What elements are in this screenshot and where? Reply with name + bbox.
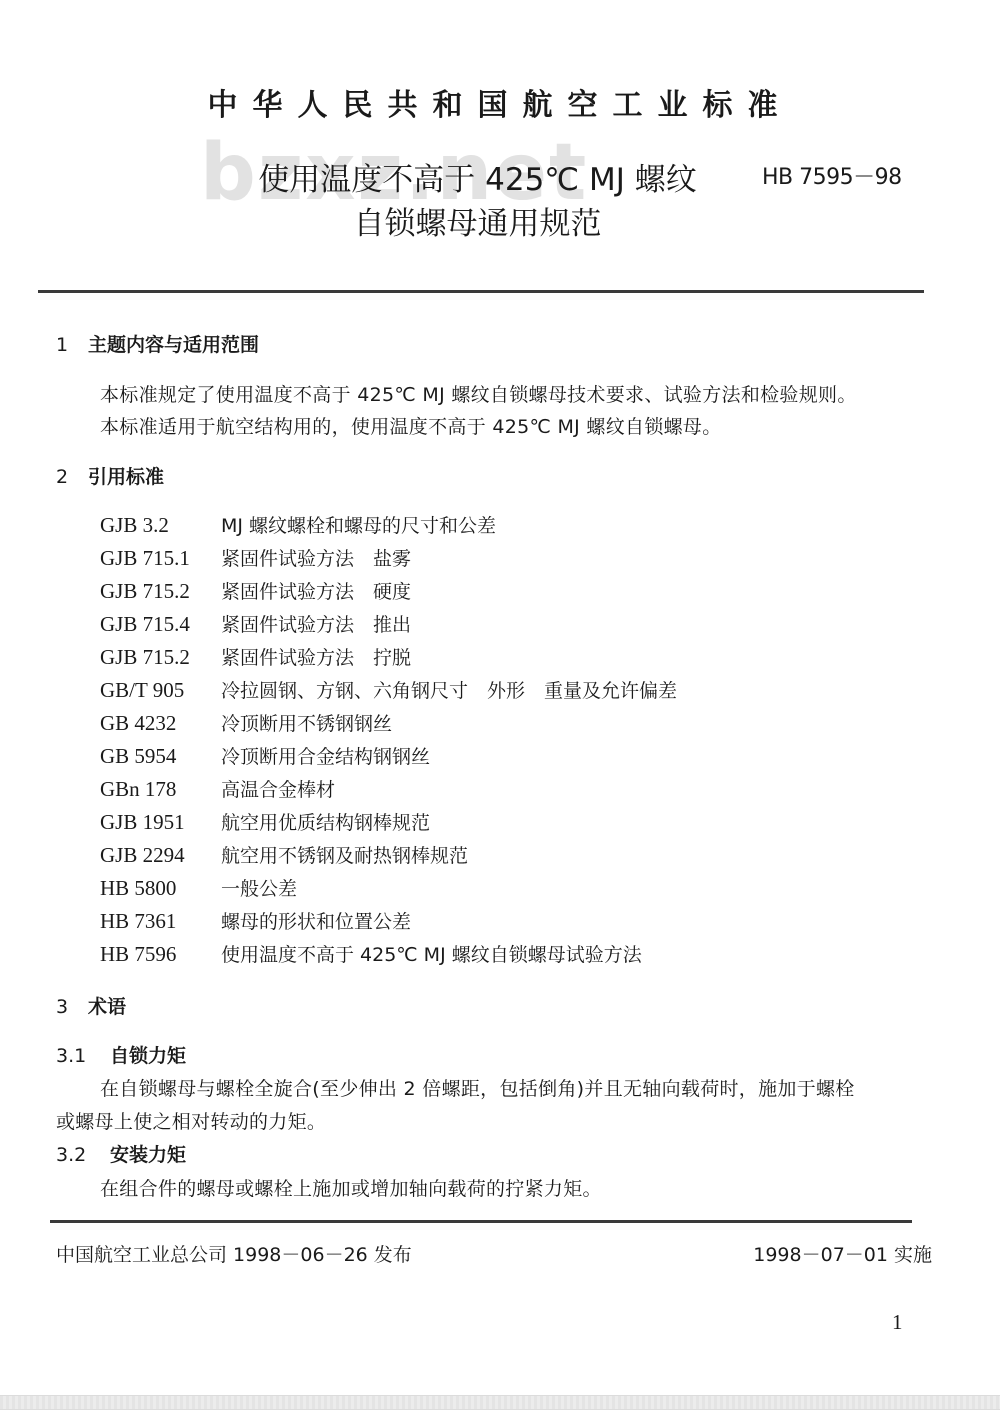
reference-name: 螺母的形状和位置公差: [221, 911, 411, 933]
subsection-3-1-text: 或螺母上使之相对转动的力矩。: [56, 1107, 326, 1134]
reference-code: GJB 715.4: [100, 612, 221, 637]
subsection-3-1-heading: 3.1自锁力矩: [56, 1041, 186, 1068]
reference-row: HB 7361螺母的形状和位置公差: [100, 907, 411, 934]
effective-date: 1998－07－01 实施: [753, 1240, 932, 1267]
section-title: 术语: [88, 996, 126, 1018]
reference-name: 紧固件试验方法 盐雾: [221, 548, 411, 570]
reference-row: GJB 3.2MJ 螺纹螺栓和螺母的尺寸和公差: [100, 511, 496, 538]
doc-title-line2: 自锁螺母通用规范: [0, 198, 955, 243]
reference-row: HB 7596使用温度不高于 425℃ MJ 螺纹自锁螺母试验方法: [100, 940, 642, 967]
reference-name: 航空用不锈钢及耐热钢棒规范: [221, 845, 468, 867]
reference-code: HB 7596: [100, 942, 221, 967]
reference-row: GJB 2294航空用不锈钢及耐热钢棒规范: [100, 841, 468, 868]
reference-row: GJB 715.2紧固件试验方法 拧脱: [100, 643, 411, 670]
reference-code: GJB 3.2: [100, 513, 221, 538]
reference-row: GB 4232冷顶断用不锈钢钢丝: [100, 709, 392, 736]
reference-name: 冷顶断用不锈钢钢丝: [221, 713, 392, 735]
reference-code: GJB 715.2: [100, 579, 221, 604]
subsection-title: 安装力矩: [110, 1144, 186, 1166]
section-3-heading: 3术语: [56, 992, 126, 1019]
issue-info: 中国航空工业总公司 1998－06－26 发布: [56, 1240, 412, 1267]
subsection-3-2-heading: 3.2安装力矩: [56, 1140, 186, 1167]
reference-code: HB 5800: [100, 876, 221, 901]
section-number: 2: [56, 466, 88, 488]
reference-code: GJB 715.1: [100, 546, 221, 571]
reference-code: GJB 715.2: [100, 645, 221, 670]
subsection-number: 3.1: [56, 1045, 110, 1067]
reference-code: GJB 2294: [100, 843, 221, 868]
reference-name: 冷拉圆钢、方钢、六角钢尺寸 外形 重量及允许偏差: [221, 680, 677, 702]
reference-name: 高温合金棒材: [221, 779, 335, 801]
section-1-heading: 1主题内容与适用范围: [56, 330, 259, 357]
reference-code: GBn 178: [100, 777, 221, 802]
footer-divider: [50, 1220, 912, 1223]
reference-code: GB/T 905: [100, 678, 221, 703]
reference-row: GJB 1951航空用优质结构钢棒规范: [100, 808, 430, 835]
reference-name: 冷顶断用合金结构钢钢丝: [221, 746, 430, 768]
section-number: 1: [56, 334, 88, 356]
reference-row: GJB 715.2紧固件试验方法 硬度: [100, 577, 411, 604]
viewer-scrollbar[interactable]: [0, 1395, 1000, 1410]
section-number: 3: [56, 996, 88, 1018]
page-number: 1: [892, 1310, 903, 1335]
header-divider: [38, 290, 924, 293]
section-1-paragraph: 本标准适用于航空结构用的，使用温度不高于 425℃ MJ 螺纹自锁螺母。: [100, 412, 722, 439]
reference-name: 航空用优质结构钢棒规范: [221, 812, 430, 834]
reference-code: GB 5954: [100, 744, 221, 769]
org-title: 中华人民共和国航空工业标准: [0, 80, 1000, 124]
subsection-number: 3.2: [56, 1144, 110, 1166]
reference-name: 紧固件试验方法 拧脱: [221, 647, 411, 669]
reference-code: GJB 1951: [100, 810, 221, 835]
reference-name: 紧固件试验方法 推出: [221, 614, 411, 636]
section-1-paragraph: 本标准规定了使用温度不高于 425℃ MJ 螺纹自锁螺母技术要求、试验方法和检验…: [100, 380, 857, 407]
subsection-3-2-text: 在组合件的螺母或螺栓上施加或增加轴向载荷的拧紧力矩。: [100, 1174, 602, 1201]
reference-row: HB 5800一般公差: [100, 874, 297, 901]
reference-code: HB 7361: [100, 909, 221, 934]
section-2-heading: 2引用标准: [56, 462, 164, 489]
doc-number: HB 7595－98: [762, 160, 902, 191]
reference-name: MJ 螺纹螺栓和螺母的尺寸和公差: [221, 515, 496, 537]
reference-row: GJB 715.4紧固件试验方法 推出: [100, 610, 411, 637]
subsection-3-1-text: 在自锁螺母与螺栓全旋合(至少伸出 2 倍螺距，包括倒角)并且无轴向载荷时，施加于…: [100, 1074, 855, 1101]
reference-name: 一般公差: [221, 878, 297, 900]
reference-code: GB 4232: [100, 711, 221, 736]
reference-row: GJB 715.1紧固件试验方法 盐雾: [100, 544, 411, 571]
subsection-title: 自锁力矩: [110, 1045, 186, 1067]
reference-name: 紧固件试验方法 硬度: [221, 581, 411, 603]
section-title: 主题内容与适用范围: [88, 334, 259, 356]
section-title: 引用标准: [88, 466, 164, 488]
reference-row: GBn 178高温合金棒材: [100, 775, 335, 802]
reference-row: GB/T 905冷拉圆钢、方钢、六角钢尺寸 外形 重量及允许偏差: [100, 676, 677, 703]
reference-name: 使用温度不高于 425℃ MJ 螺纹自锁螺母试验方法: [221, 944, 642, 966]
reference-row: GB 5954冷顶断用合金结构钢钢丝: [100, 742, 430, 769]
